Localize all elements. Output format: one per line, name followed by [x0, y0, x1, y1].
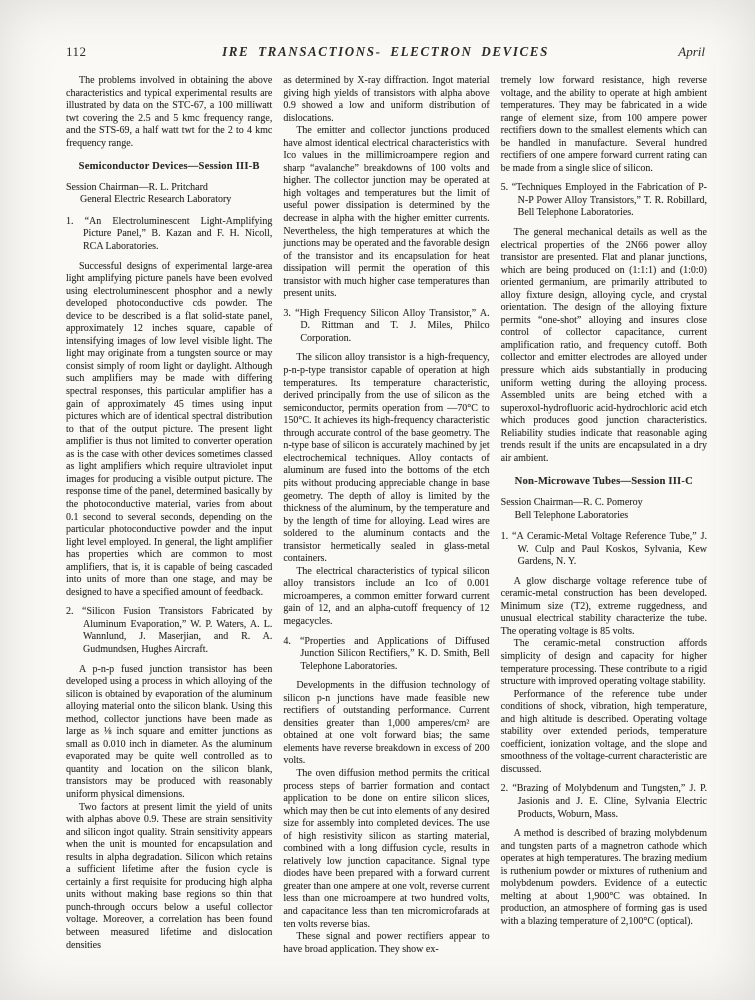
running-head: 112 IRE TRANSACTIONS- ELECTRON DEVICES A…	[0, 0, 755, 60]
abstract-item-title: 1. “An Electroluminescent Light-Amplifyi…	[66, 216, 272, 254]
abstract-paragraph: Developments in the diffusion technology…	[283, 680, 489, 768]
session-chairman-block: Session Chairman—R. C. Pomeroy Bell Tele…	[501, 497, 707, 522]
issue-month: April	[549, 44, 705, 60]
section-heading-semiconductor-devices: Semiconductor Devices—Session III-B	[66, 161, 272, 174]
abstract-paragraph: Two factors at present limit the yield o…	[66, 802, 272, 953]
page-body: The problems involved in obtaining the a…	[0, 60, 755, 995]
abstract-paragraph: The ceramic-metal construction affords s…	[501, 638, 707, 688]
abstract-paragraph: The oven diffusion method permits the cr…	[283, 768, 489, 931]
journal-title: IRE TRANSACTIONS- ELECTRON DEVICES	[222, 44, 549, 61]
continuation-paragraph: as determined by X-ray diffraction. Ingo…	[283, 75, 489, 125]
abstract-item-title: 5. “Techniques Employed in the Fabricati…	[501, 182, 707, 220]
session-chairman-name: Session Chairman—R. L. Pritchard	[66, 182, 272, 195]
page-number: 112	[66, 44, 222, 60]
abstract-paragraph: Performance of the reference tube under …	[501, 689, 707, 777]
abstract-item-title: 2. “Silicon Fusion Transistors Fabricate…	[66, 606, 272, 656]
session-chairman-affiliation: General Electric Research Laboratory	[66, 194, 272, 207]
abstract-paragraph: A method is described of brazing molybde…	[501, 828, 707, 928]
abstract-item-title: 3. “High Frequency Silicon Alloy Transis…	[283, 308, 489, 346]
session-chairman-name: Session Chairman—R. C. Pomeroy	[501, 497, 707, 510]
abstract-paragraph: The silicon alloy transistor is a high-f…	[283, 352, 489, 565]
intro-paragraph: The problems involved in obtaining the a…	[66, 75, 272, 150]
continuation-paragraph: tremely low forward resistance, high rev…	[501, 75, 707, 175]
abstract-paragraph: The emitter and collector junctions prod…	[283, 125, 489, 301]
journal-page: 112 IRE TRANSACTIONS- ELECTRON DEVICES A…	[0, 0, 755, 1000]
abstract-paragraph: The general mechanical details as well a…	[501, 227, 707, 465]
column-right: tremely low forward resistance, high rev…	[501, 75, 707, 995]
abstract-paragraph: These signal and power rectifiers appear…	[283, 931, 489, 956]
abstract-paragraph: Successful designs of experimental large…	[66, 261, 272, 600]
section-heading-non-microwave-tubes: Non-Microwave Tubes—Session III-C	[501, 476, 707, 489]
session-chairman-block: Session Chairman—R. L. Pritchard General…	[66, 182, 272, 207]
abstract-paragraph: A glow discharge voltage reference tube …	[501, 576, 707, 639]
abstract-paragraph: The electrical characteristics of typica…	[283, 566, 489, 629]
abstract-item-title: 4. “Properties and Applications of Diffu…	[283, 636, 489, 674]
session-chairman-affiliation: Bell Telephone Laboratories	[501, 510, 707, 523]
column-center: as determined by X-ray diffraction. Ingo…	[283, 75, 489, 995]
abstract-item-title: 1. “A Ceramic-Metal Voltage Reference Tu…	[501, 531, 707, 569]
column-left: The problems involved in obtaining the a…	[66, 75, 272, 995]
abstract-item-title: 2. “Brazing of Molybdenum and Tungsten,”…	[501, 783, 707, 821]
abstract-paragraph: A p-n-p fused junction transistor has be…	[66, 664, 272, 802]
